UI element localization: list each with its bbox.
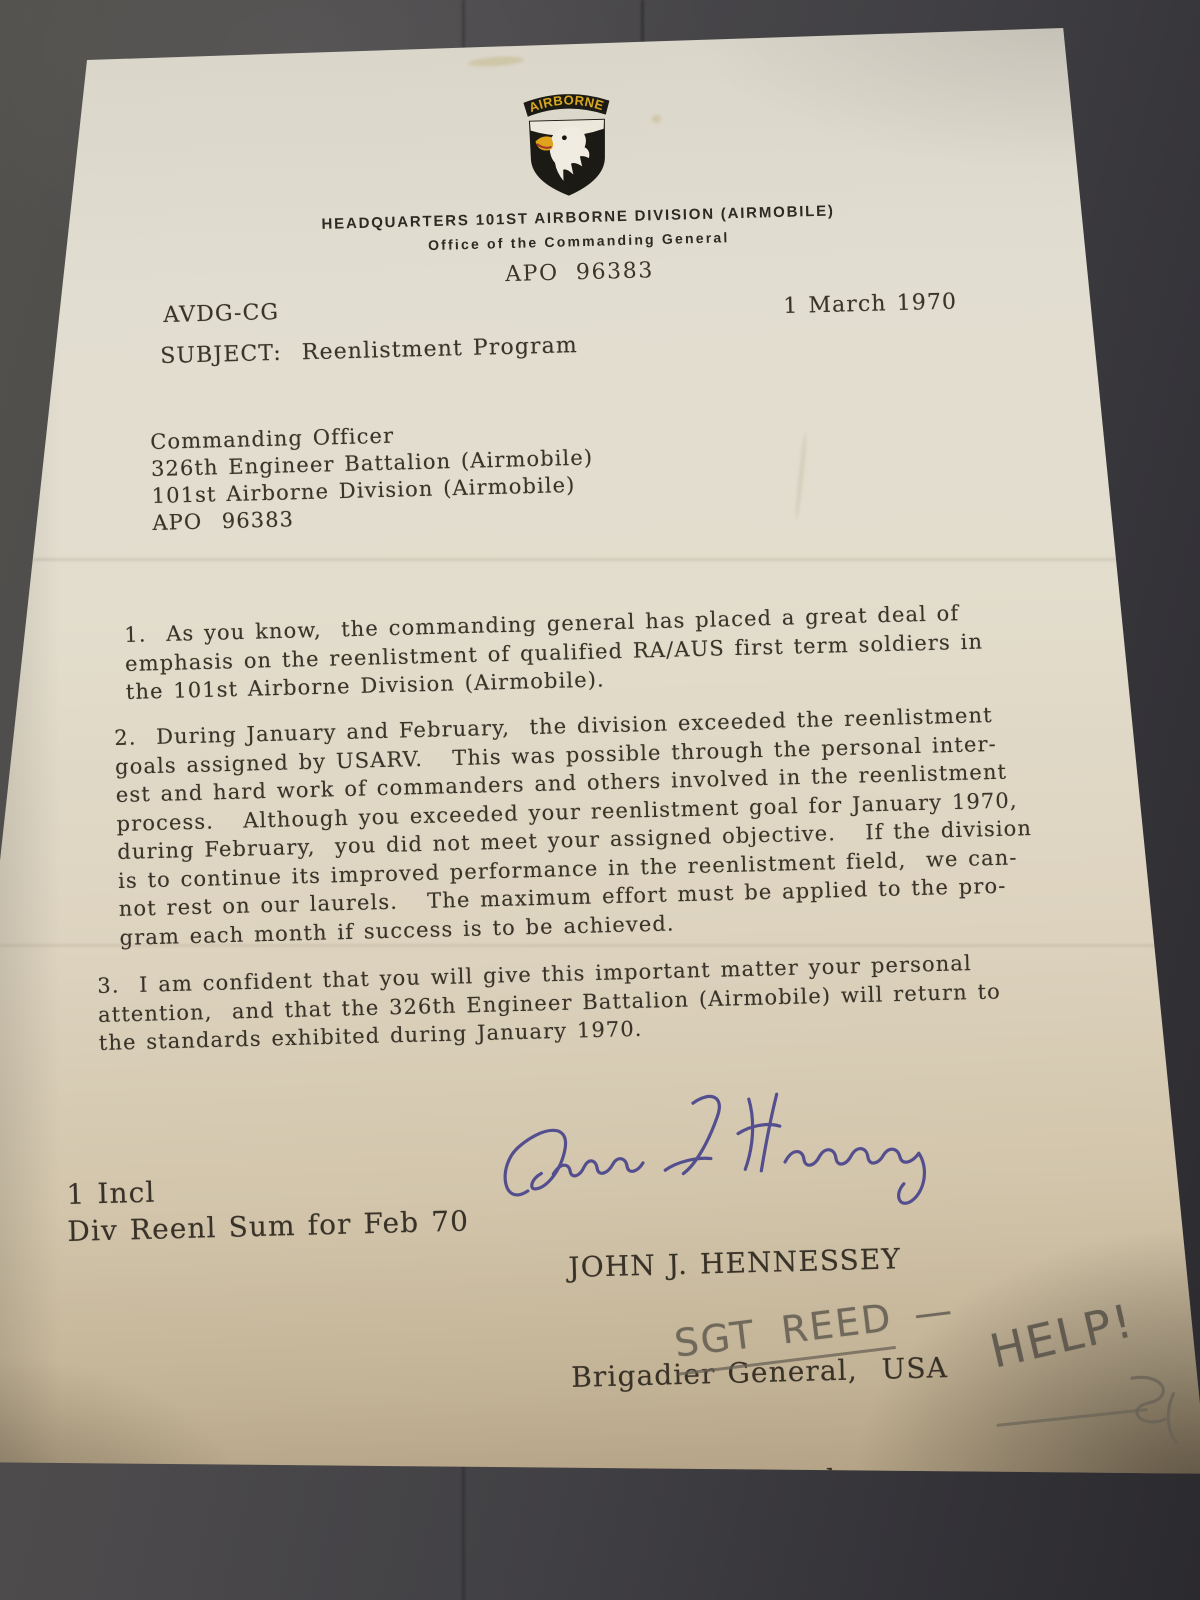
address-block: Commanding Officer 326th Engineer Battal… (150, 417, 595, 537)
101st-airborne-insignia-icon: AIRBORNE (517, 83, 618, 199)
letterhead-apo: APO 96383 (319, 253, 839, 292)
office-symbol: AVDG-CG (163, 300, 279, 328)
date: 1 March 1970 (783, 289, 957, 319)
signer-title: Acting Commander (574, 1459, 952, 1505)
subject-label: SUBJECT: (160, 341, 282, 369)
svg-text:AIRBORNE: AIRBORNE (527, 92, 607, 116)
pencil-note-dash: — (911, 1288, 956, 1337)
paragraph-1: 1. As you know, the commanding general h… (124, 596, 1086, 707)
pencil-scribble (1113, 1367, 1195, 1454)
letter-paper: AIRBORNE HEADQUARTERS 101ST AIRBORNE DIV… (0, 0, 1200, 1600)
insignia-tab-text: AIRBORNE (527, 92, 607, 116)
enclosure-block: 1 Incl Div Reenl Sum for Feb 70 (66, 1166, 470, 1249)
airborne-insignia: AIRBORNE (517, 83, 618, 204)
signer-name: JOHN J. HENNESSEY (568, 1240, 946, 1286)
paper-wrinkle (794, 432, 807, 520)
paragraph-3: 3. I am confident that you will give thi… (97, 947, 1059, 1058)
photo-of-letter: { "letterhead": { "insignia_tab": "AIRBO… (0, 0, 1200, 1600)
subject-value: Reenlistment Program (302, 333, 579, 365)
signature-block: JOHN J. HENNESSEY Brigadier General, USA… (566, 1167, 953, 1578)
paper-crease (0, 558, 1200, 561)
paragraph-2: 2. During January and February, the divi… (114, 699, 1080, 952)
paper-stain (652, 115, 661, 123)
letterhead: HEADQUARTERS 101ST AIRBORNE DIVISION (AI… (318, 202, 840, 292)
pencil-note-help: HELP! (985, 1293, 1139, 1378)
subject-line: SUBJECT:Reenlistment Program (160, 333, 578, 369)
paper-stain (468, 55, 524, 68)
